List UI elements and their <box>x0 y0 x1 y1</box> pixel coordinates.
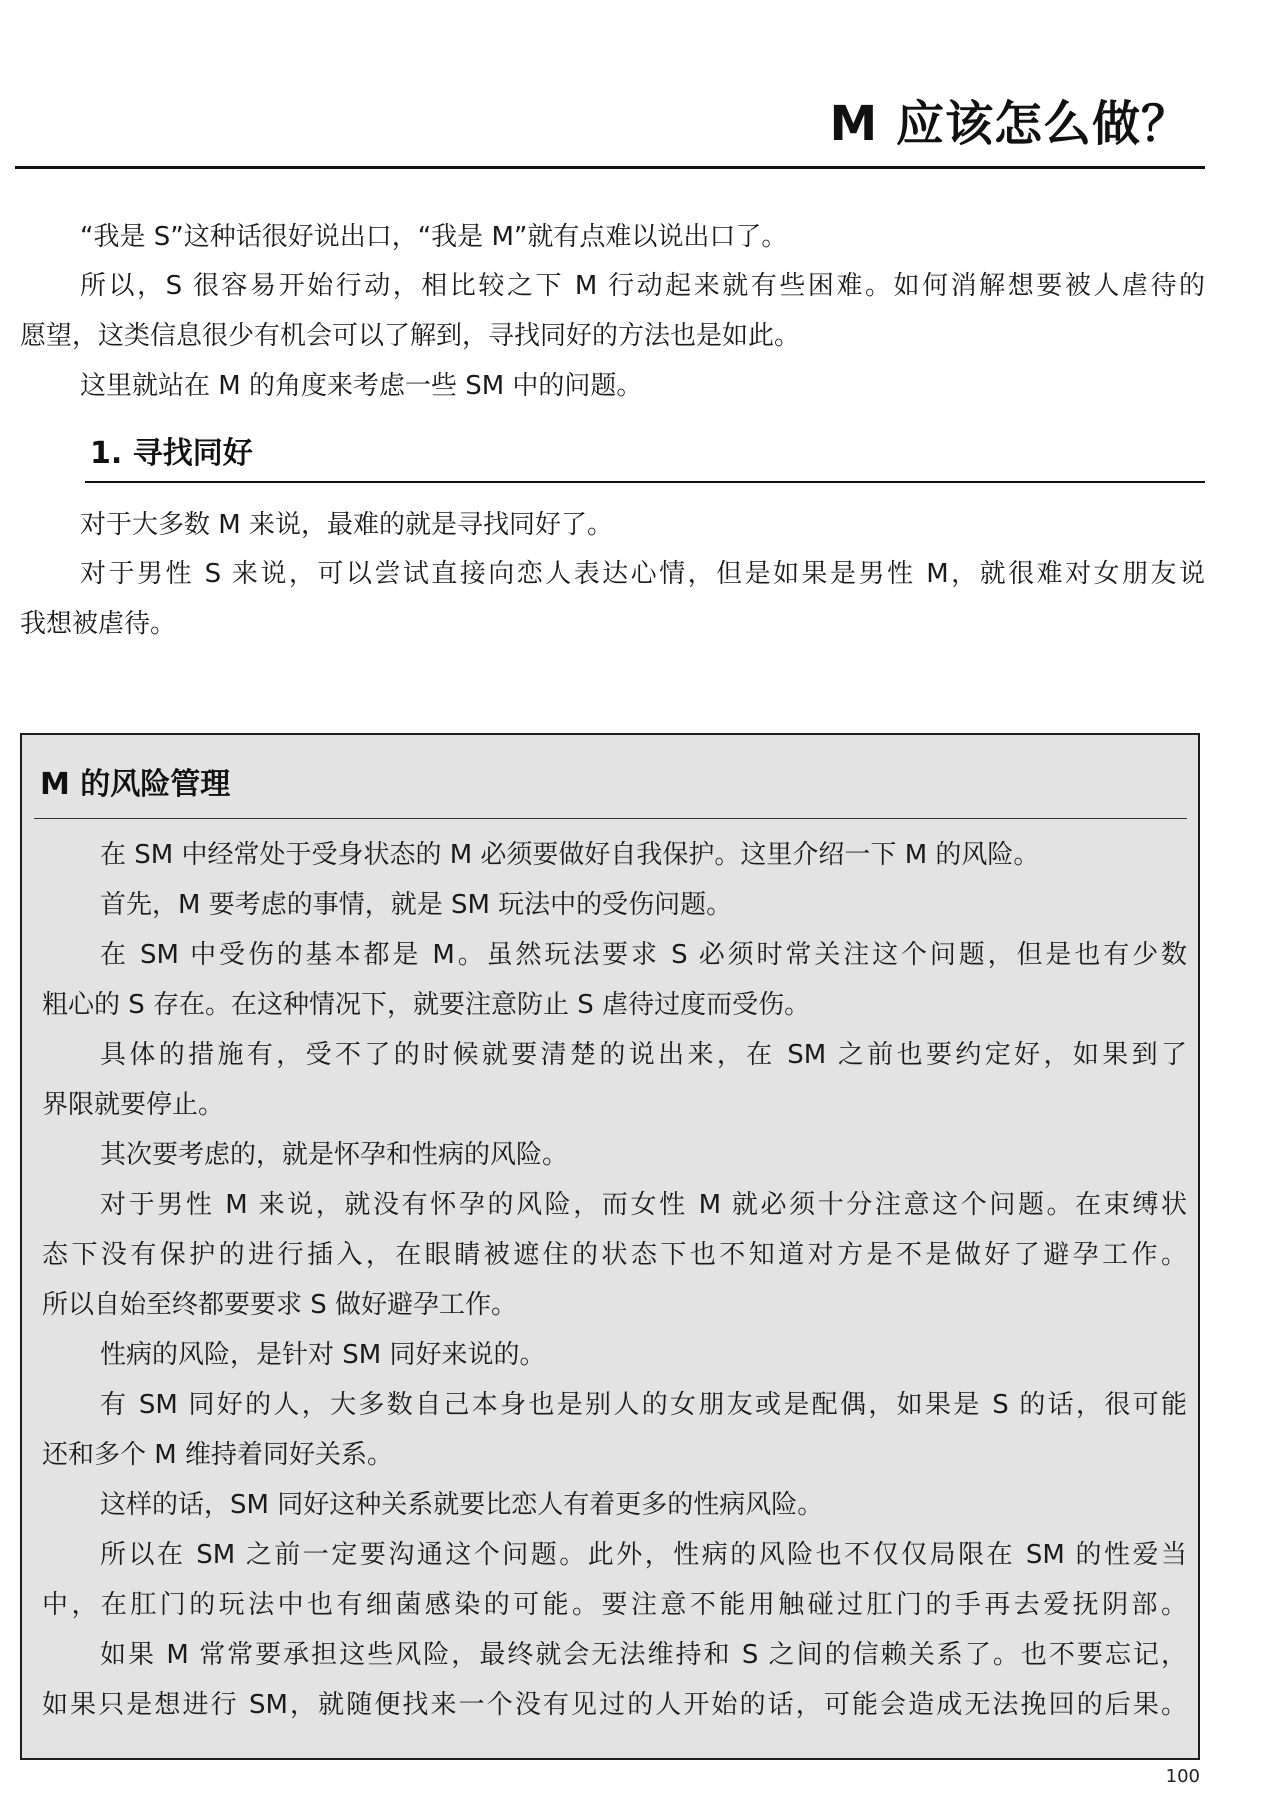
box-line: 界限就要停止。 <box>42 1085 1187 1125</box>
intro-line-2: 所以，S 很容易开始行动，相比较之下 M 行动起来就有些困难。如何消解想要被人虐… <box>80 266 1205 306</box>
box-line: 还和多个 M 维持着同好关系。 <box>42 1435 1187 1475</box>
box-title-rule <box>34 818 1187 819</box>
title-rule <box>15 166 1205 169</box>
box-title: M 的风险管理 <box>40 763 230 807</box>
box-line: 有 SM 同好的人，大多数自己本身也是别人的女朋友或是配偶，如果是 S 的话，很… <box>100 1385 1187 1425</box>
section1-line-3: 我想被虐待。 <box>20 604 1205 644</box>
box-line: 态下没有保护的进行插入，在眼睛被遮住的状态下也不知道对方是不是做好了避孕工作。 <box>42 1235 1187 1275</box>
box-line: 首先，M 要考虑的事情，就是 SM 玩法中的受伤问题。 <box>100 885 1187 925</box>
box-line: 对于男性 M 来说，就没有怀孕的风险，而女性 M 就必须十分注意这个问题。在束缚… <box>100 1185 1187 1225</box>
section-heading: 1. 寻找同好 <box>90 432 253 476</box>
section-rule <box>85 481 1205 483</box>
box-line: 在 SM 中受伤的基本都是 M。虽然玩法要求 S 必须时常关注这个问题，但是也有… <box>100 935 1187 975</box>
box-line: 所以自始至终都要要求 S 做好避孕工作。 <box>42 1285 1187 1325</box>
box-line: 如果 M 常常要承担这些风险，最终就会无法维持和 S 之间的信赖关系了。也不要忘… <box>100 1635 1187 1675</box>
page-number: 100 <box>1166 1764 1200 1790</box>
box-line: 粗心的 S 存在。在这种情况下，就要注意防止 S 虐待过度而受伤。 <box>42 985 1187 1025</box>
box-line: 性病的风险，是针对 SM 同好来说的。 <box>100 1335 1187 1375</box>
intro-line-3: 愿望，这类信息很少有机会可以了解到，寻找同好的方法也是如此。 <box>20 316 1205 356</box>
page-title: M 应该怎么做？ <box>830 92 1190 156</box>
section1-line-1: 对于大多数 M 来说，最难的就是寻找同好了。 <box>80 505 1205 545</box>
box-line: 其次要考虑的，就是怀孕和性病的风险。 <box>100 1135 1187 1175</box>
box-line: 中，在肛门的玩法中也有细菌感染的可能。要注意不能用触碰过肛门的手再去爱抚阴部。 <box>42 1585 1187 1625</box>
intro-line-4: 这里就站在 M 的角度来考虑一些 SM 中的问题。 <box>80 366 1205 406</box>
intro-line-1: “我是 S”这种话很好说出口，“我是 M”就有点难以说出口了。 <box>80 217 1205 257</box>
box-line: 如果只是想进行 SM，就随便找来一个没有见过的人开始的话，可能会造成无法挽回的后… <box>42 1685 1187 1725</box>
box-line: 这样的话，SM 同好这种关系就要比恋人有着更多的性病风险。 <box>100 1485 1187 1525</box>
section1-line-2: 对于男性 S 来说，可以尝试直接向恋人表达心情，但是如果是男性 M，就很难对女朋… <box>80 554 1205 594</box>
box-line: 在 SM 中经常处于受身状态的 M 必须要做好自我保护。这里介绍一下 M 的风险… <box>100 835 1187 875</box>
risk-management-box: M 的风险管理 在 SM 中经常处于受身状态的 M 必须要做好自我保护。这里介绍… <box>20 733 1200 1760</box>
box-line: 具体的措施有，受不了的时候就要清楚的说出来，在 SM 之前也要约定好，如果到了 <box>100 1035 1187 1075</box>
box-line: 所以在 SM 之前一定要沟通这个问题。此外，性病的风险也不仅仅局限在 SM 的性… <box>100 1535 1187 1575</box>
